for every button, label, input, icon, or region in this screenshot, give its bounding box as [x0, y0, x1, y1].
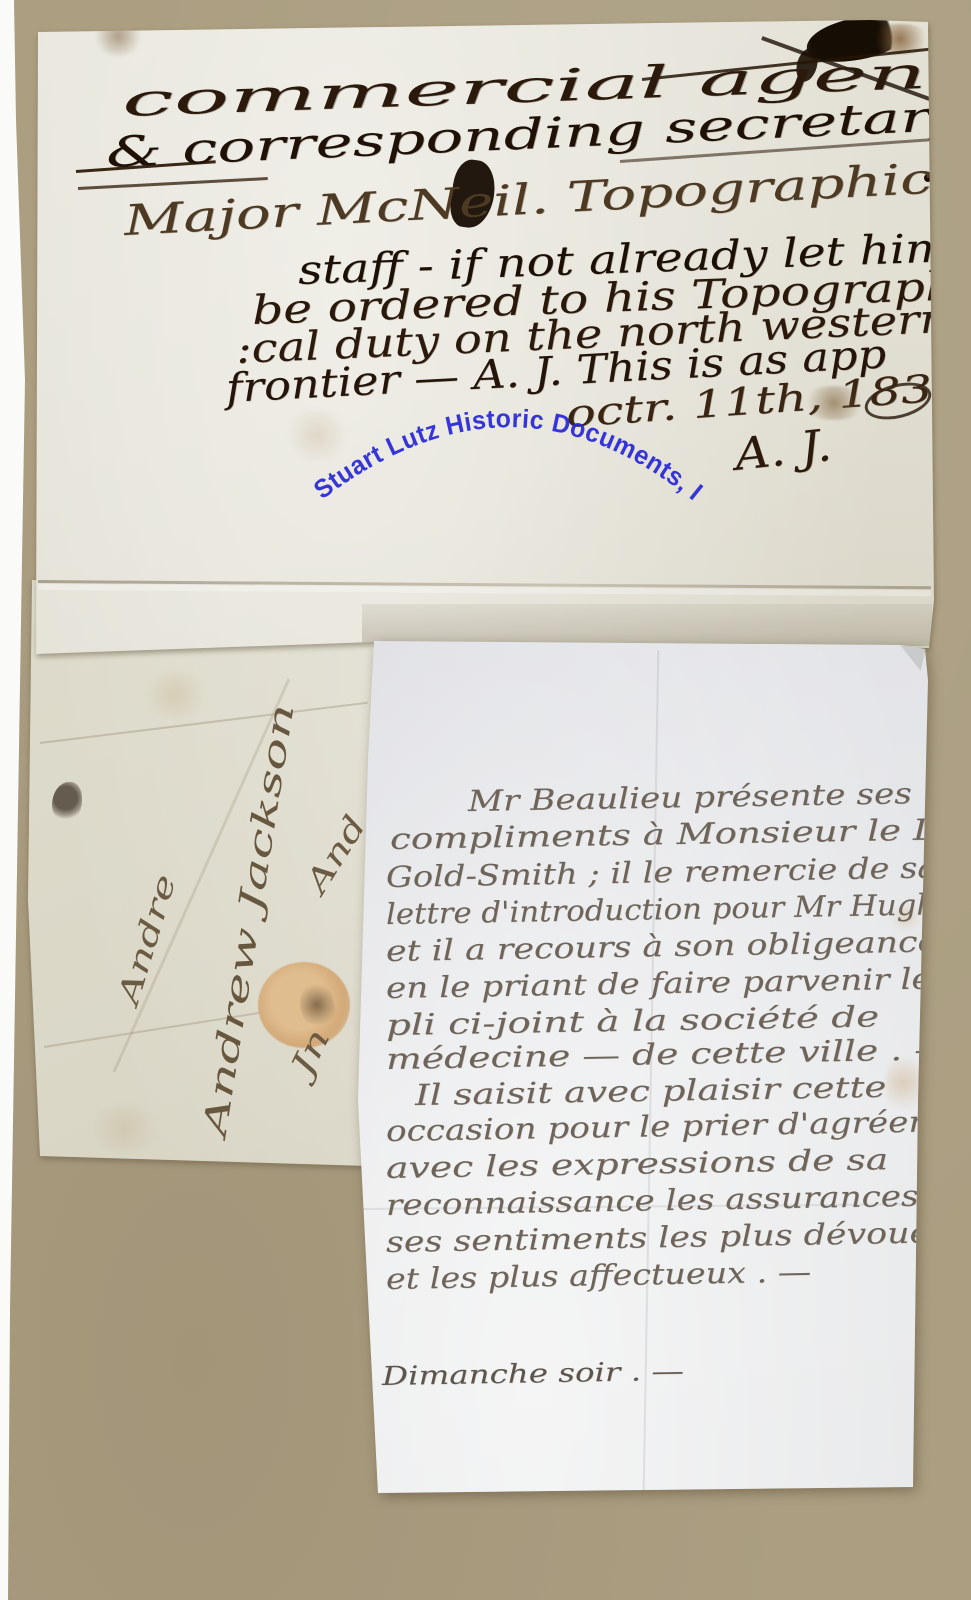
letter-line: en le priant de faire parvenir le: [386, 961, 932, 1005]
dog-ear-corner: [900, 645, 926, 671]
scanned-document-photo: Andre Andrew Jackson And Jn commercial a…: [0, 0, 971, 1600]
letter-line: Gold-Smith ; il le remercie de sa: [386, 850, 938, 894]
letter-line: Mr Beaulieu présente ses: [468, 776, 912, 818]
letter-line: et il a recours à son obligeance: [386, 924, 939, 968]
french-letter-sheet: Mr Beaulieu présente ses compliments à M…: [0, 0, 971, 1600]
letter-line: compliments à Monsieur le Dr: [390, 812, 961, 856]
letter-line: avec les expressions de sa: [386, 1142, 889, 1185]
letter-shadow-wrap: Mr Beaulieu présente ses compliments à M…: [0, 0, 971, 1600]
letter-dateline: Dimanche soir . —: [382, 1357, 684, 1392]
letter-line: ses sentiments les plus dévoués: [386, 1215, 949, 1259]
letter-line: et les plus affectueux . —: [386, 1255, 812, 1296]
